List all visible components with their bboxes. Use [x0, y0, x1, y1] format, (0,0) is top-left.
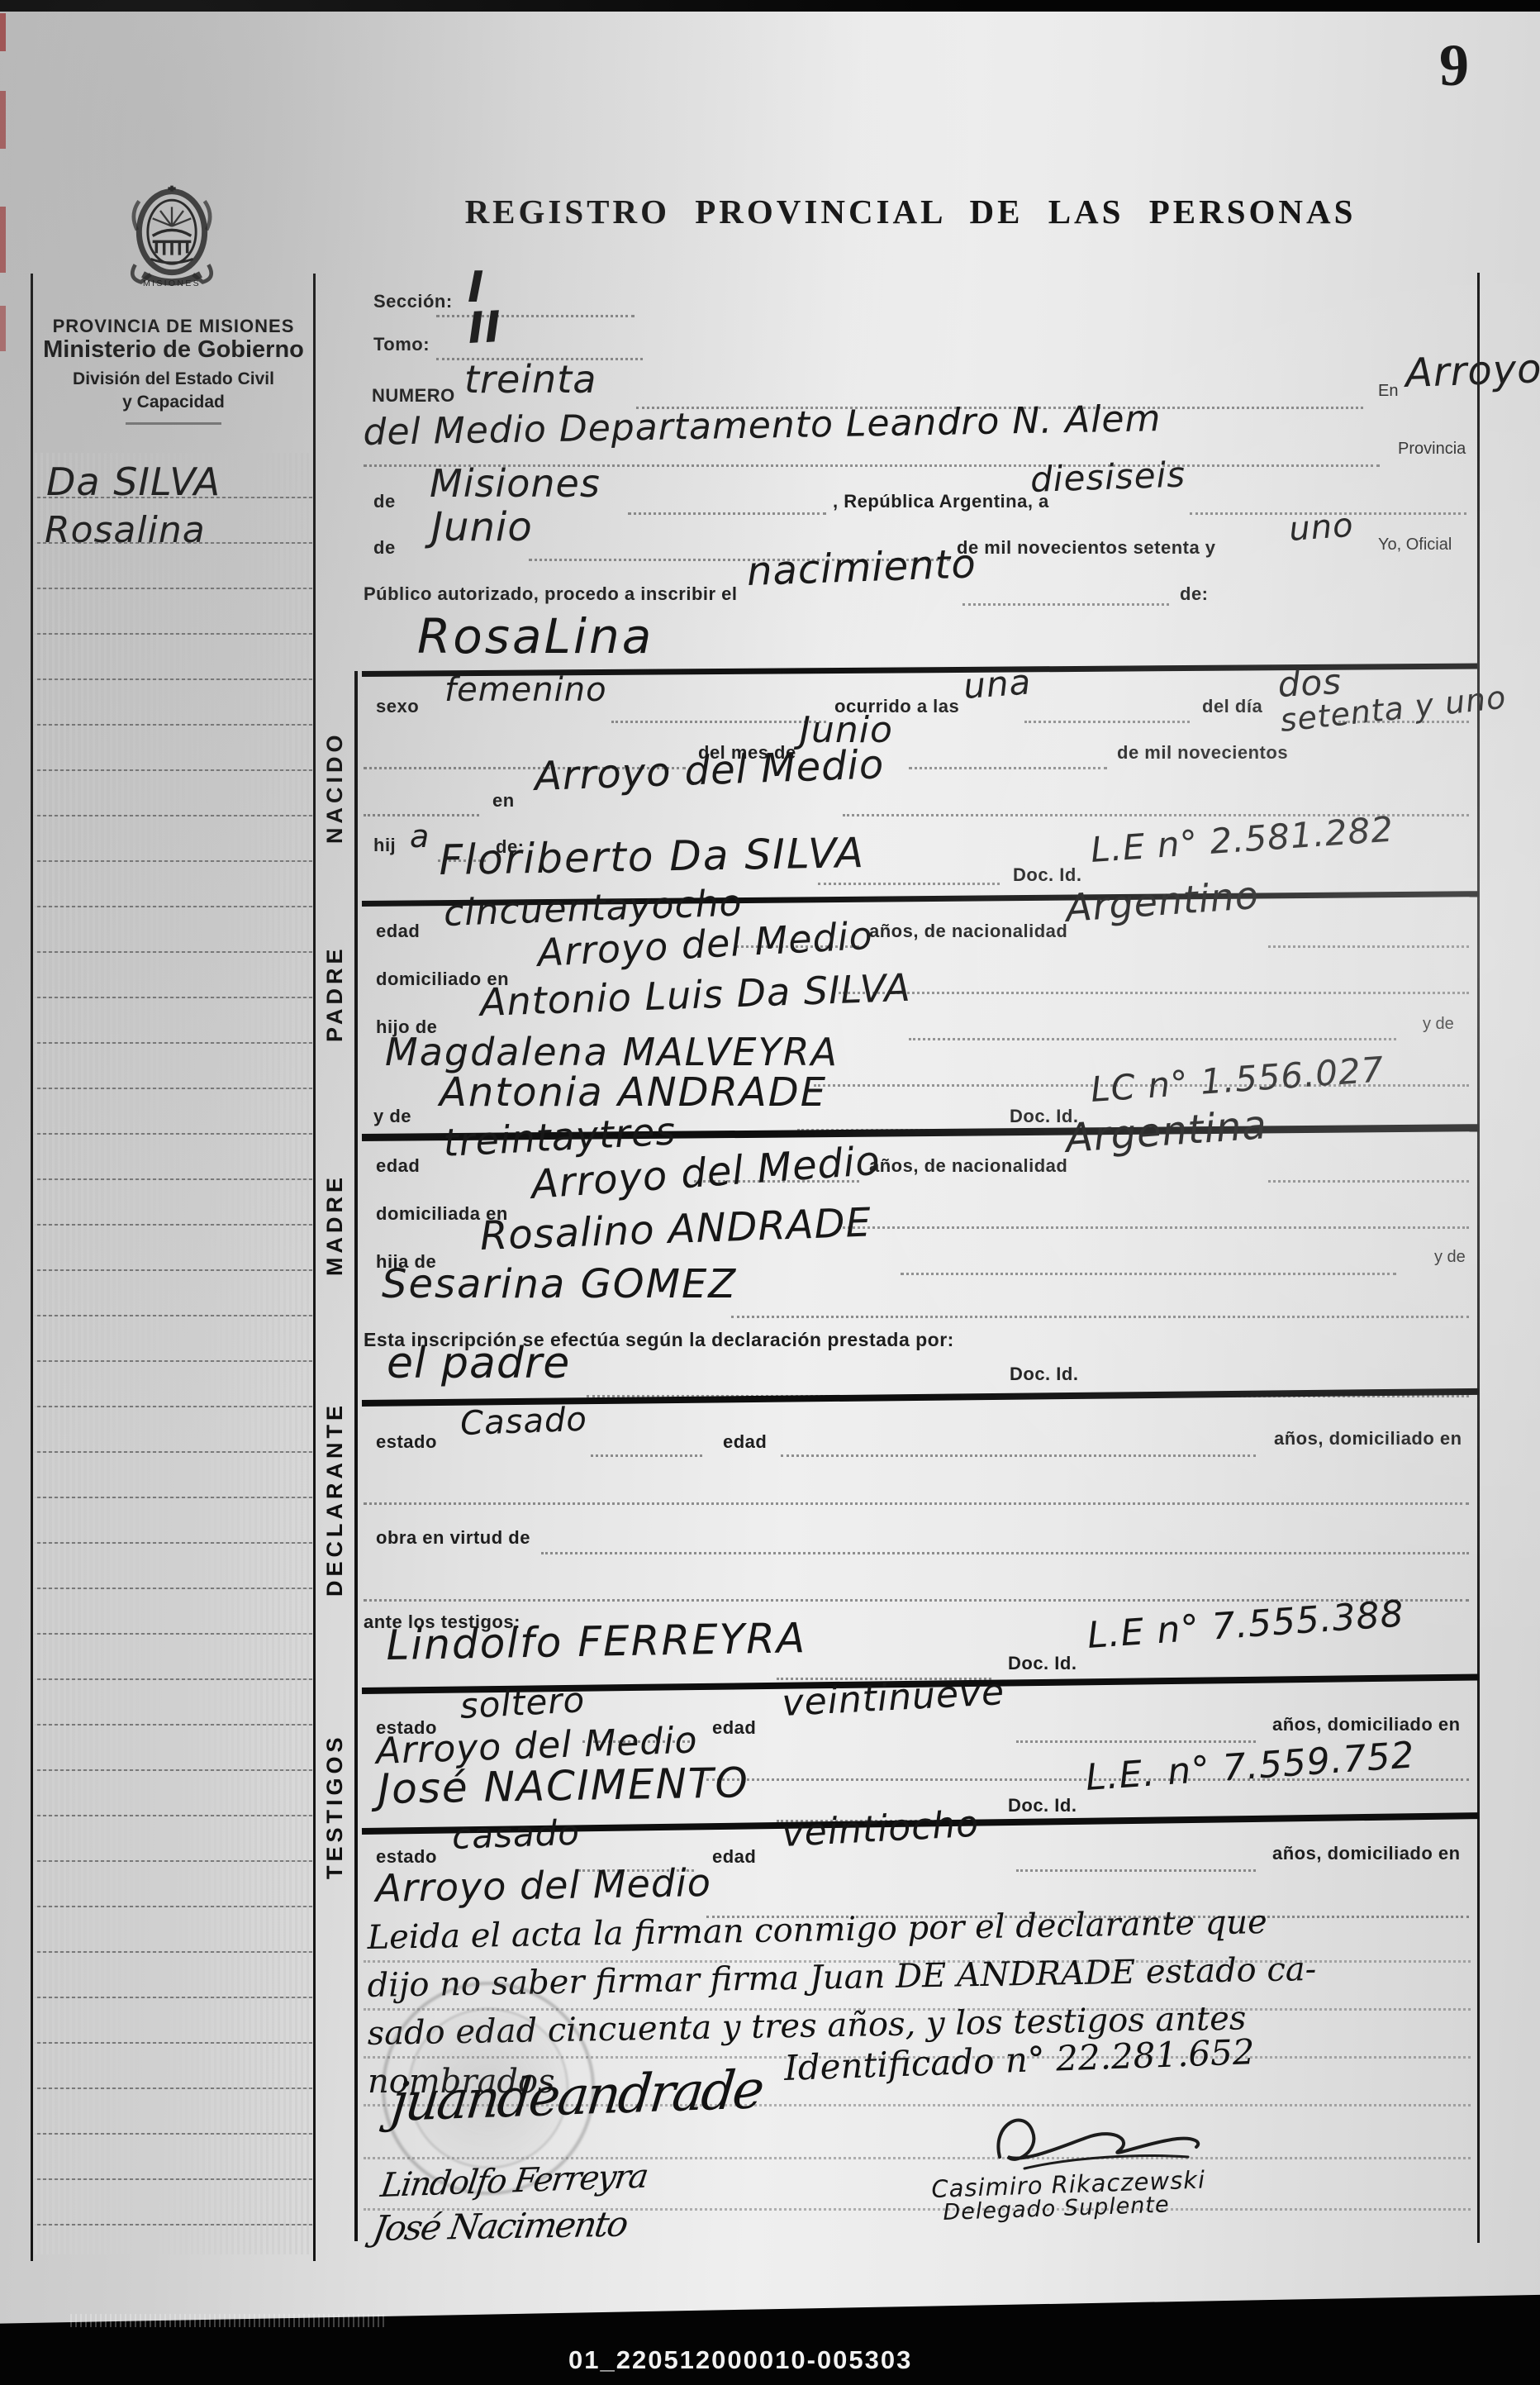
declarante-value: el padre [387, 1339, 570, 1388]
doc-id-nacido-label: Doc. Id. [1013, 864, 1081, 886]
testigo2-domicilio: Arroyo del Medio [375, 1860, 711, 1911]
hora-value: una [962, 661, 1033, 707]
dia-label: del día [1202, 696, 1262, 717]
de-label: de [373, 491, 396, 512]
fecha-dia-value: diesiseis [1029, 454, 1186, 500]
declarante-doc-label: Doc. Id. [1010, 1364, 1078, 1385]
testigo1-estado-value: soltero [459, 1679, 586, 1726]
sidebar-divider [126, 422, 221, 425]
section-label-madre: MADRE [322, 1145, 348, 1306]
seccion-label: Sección: [373, 291, 453, 312]
numero-value: treinta [464, 357, 597, 402]
republica-label: , República Argentina, a [833, 491, 1049, 512]
padre-nacionalidad-value: Argentino [1064, 873, 1260, 931]
testigo1-doc-value: L.E n° 7.555.388 [1086, 1592, 1405, 1657]
declarante-signature: juandeandrade [388, 2059, 765, 2134]
registered-surname: Da SILVA [46, 459, 221, 504]
testigo2-estado-value: casado [451, 1812, 580, 1857]
sidebar-division-line2: y Capacidad [35, 393, 312, 412]
anio-value: uno [1288, 507, 1355, 549]
hij-value: a [410, 818, 430, 855]
tomo-label: Tomo: [373, 334, 430, 355]
declarante-estado-value: Casado [459, 1401, 587, 1443]
testigo1-doc-label: Doc. Id. [1008, 1653, 1077, 1674]
acta-tipo-value: nacimiento [746, 540, 977, 595]
madre-y-de2-label: y de [1434, 1248, 1466, 1267]
scan-red-mark [0, 306, 6, 351]
sidebar-right-border [313, 274, 316, 2261]
abuela-paterna-value: Magdalena MALVEYRA [385, 1030, 839, 1074]
padre-edad-label: edad [376, 921, 420, 942]
sexo-value: femenino [444, 671, 607, 709]
testigo2-signature: José Nacimento [370, 2204, 630, 2249]
sidebar-ministry: Ministerio de Gobierno [35, 336, 312, 364]
doc-id-nacido-value: L.E n° 2.581.282 [1090, 808, 1395, 870]
sidebar-division-line1: División del Estado Civil [35, 369, 312, 389]
form-right-border [1477, 273, 1480, 2243]
abuela-materna-value: Sesarina GOMEZ [382, 1261, 737, 1307]
declarante-edad-label: edad [723, 1431, 767, 1453]
closing-line1: Leida el acta la firman conmigo por el d… [367, 1903, 1267, 1957]
madre-nacionalidad-label: años, de nacionalidad [869, 1155, 1067, 1177]
madre-doc-value: LC n° 1.556.027 [1090, 1049, 1386, 1110]
section-label-nacido: NACIDO [322, 698, 348, 876]
misiones-crest-seal: MISIONES [114, 177, 230, 302]
testigo2-nombre: José NACIMENTO [378, 1759, 749, 1813]
tomo-value: II [467, 302, 503, 354]
provincia-value: Misiones [430, 461, 601, 506]
sidebar-left-border [31, 274, 33, 2261]
sidebar-province: PROVINCIA DE MISIONES [35, 316, 312, 337]
scan-microprint [70, 2314, 384, 2327]
form-left-border [354, 671, 358, 2241]
place-line2-value: del Medio Departamento Leandro N. Alem [363, 397, 1162, 454]
numero-label: NUMERO [372, 385, 455, 407]
declarante-anios-label: años, domiciliado en [1274, 1428, 1462, 1450]
testigo1-nombre: Lindolfo FERREYRA [386, 1614, 807, 1669]
page-number: 9 [1439, 31, 1469, 100]
document-title: REGISTRO PROVINCIAL DE LAS PERSONAS [357, 192, 1464, 231]
testigo2-edad-value: veintiocho [781, 1803, 980, 1855]
scan-red-mark [0, 13, 6, 51]
document-page: 9 REGISTRO PROVINCIAL DE LAS PERSONAS MI… [0, 0, 1540, 2385]
anio-nacido-label: de mil novecientos [1117, 742, 1288, 764]
declarante-estado-label: estado [376, 1431, 437, 1453]
oficial-label: Yo, Oficial [1378, 536, 1452, 555]
section-label-padre: PADRE [322, 911, 348, 1076]
scan-red-mark [0, 207, 6, 273]
padre-nombre-nacido: Floriberto Da SILVA [439, 829, 866, 884]
registered-given-name: Rosalina [45, 509, 206, 551]
madre-nacionalidad-value: Argentina [1064, 1102, 1268, 1162]
en-nacido-label: en [492, 790, 515, 812]
section-label-declarante: DECLARANTE [322, 1409, 348, 1589]
en-label: En [1378, 382, 1398, 401]
mes-de-label: de [373, 537, 396, 559]
lugar-nacido-value: Arroyo del Medio [534, 741, 885, 800]
mes-value: Junio [431, 504, 533, 550]
place-line1-value: Arroyo [1405, 345, 1540, 397]
sexo-label: sexo [376, 696, 419, 717]
scan-red-mark [0, 91, 6, 149]
provincia-label: Provincia [1398, 440, 1466, 459]
section-label-testigos: TESTIGOS [322, 1698, 348, 1915]
madre-nombre-value: Antonia ANDRADE [440, 1069, 827, 1116]
testigo2-doc-value: L.E. n° 7.559.752 [1084, 1734, 1416, 1799]
testigo2-doc-label: Doc. Id. [1008, 1795, 1077, 1816]
testigo1-anios-label: años, domiciliado en [1272, 1714, 1461, 1735]
abuelo-materno-value: Rosalino ANDRADE [479, 1199, 872, 1259]
hij-label: hij [373, 835, 396, 856]
padre-nacionalidad-label: años, de nacionalidad [869, 921, 1067, 942]
svg-text:MISIONES: MISIONES [143, 278, 201, 288]
obra-label: obra en virtud de [376, 1527, 530, 1549]
testigo2-edad-label: edad [712, 1846, 756, 1868]
scan-top-edge [0, 0, 1540, 12]
anio-label: de mil novecientos setenta y [957, 537, 1216, 559]
sidebar-ruled-lines [35, 453, 312, 2254]
padre-y-de-label: y de [1423, 1015, 1454, 1034]
footer-code: 01_220512000010-005303 [568, 2345, 912, 2375]
madre-edad-label: edad [376, 1155, 420, 1177]
madre-y-de-label: y de [373, 1106, 411, 1127]
testigo1-edad-label: edad [712, 1717, 756, 1739]
inscripto-name: RosaLina [417, 608, 654, 664]
de2-label: de: [1180, 583, 1209, 605]
testigo2-anios-label: años, domiciliado en [1272, 1843, 1461, 1864]
publico-label: Público autorizado, procedo a inscribir … [364, 583, 738, 605]
